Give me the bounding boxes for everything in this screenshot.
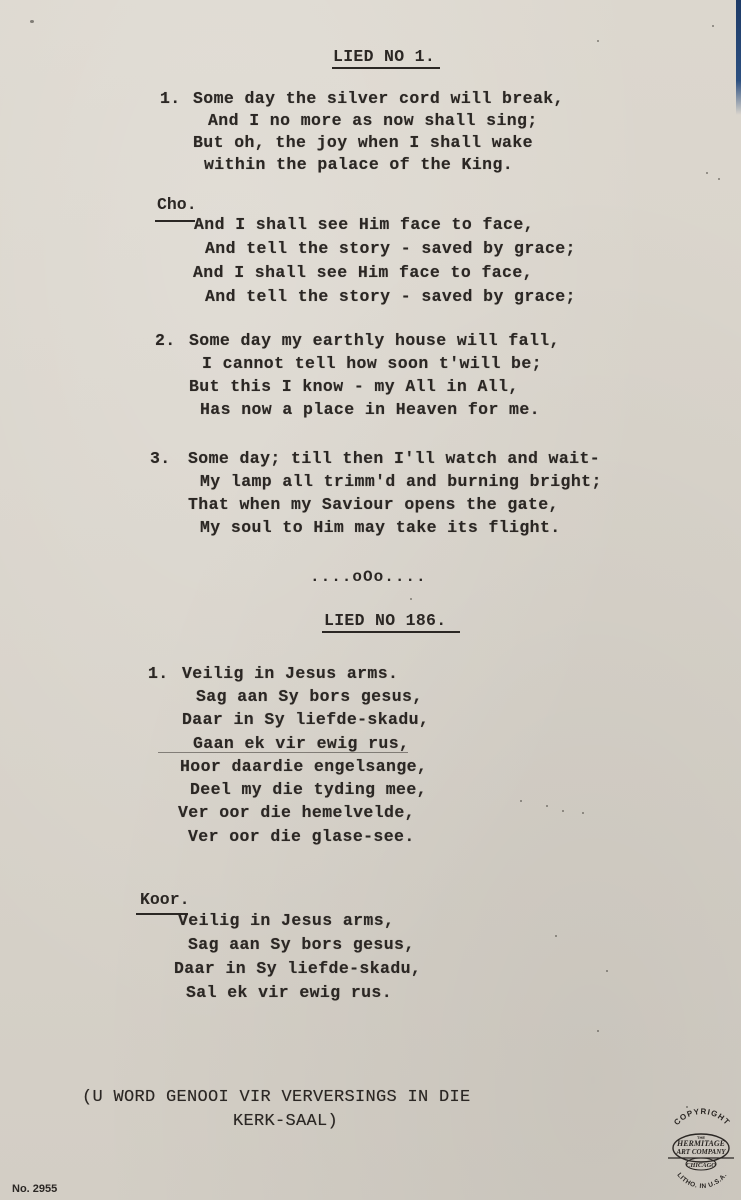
verse-line: Some day my earthly house will fall,: [189, 330, 560, 352]
section-separator: ....oOo....: [310, 568, 427, 586]
svg-text:ART COMPANY: ART COMPANY: [675, 1148, 726, 1156]
verse-line: Hoor daardie engelsange,: [180, 756, 427, 778]
paper-speck: [520, 800, 522, 802]
verse-line: Some day; till then I'll watch and wait-: [188, 448, 600, 470]
typewritten-page: LIED NO 1. 1. Some day the silver cord w…: [0, 0, 741, 1200]
paper-speck: [712, 25, 714, 27]
svg-text:HERMITAGE: HERMITAGE: [676, 1139, 725, 1148]
verse-line: Sag aan Sy bors gesus,: [196, 686, 423, 708]
paper-speck: [555, 935, 557, 937]
paper-speck: [410, 598, 412, 600]
form-number: No. 2955: [12, 1183, 57, 1195]
background-edge: [736, 0, 741, 115]
chorus-line: And tell the story - saved by grace;: [205, 286, 576, 308]
verse-line: Deel my die tyding mee,: [190, 779, 427, 801]
chorus-line: Veilig in Jesus arms,: [178, 910, 394, 932]
chorus-line: And I shall see Him face to face,: [194, 214, 534, 236]
paper-speck: [686, 1106, 688, 1108]
verse-line: And I no more as now shall sing;: [208, 110, 538, 132]
paper-speck: [597, 1030, 599, 1032]
paper-speck: [582, 812, 584, 814]
paper-speck: [706, 172, 708, 174]
chorus-line: And I shall see Him face to face,: [193, 262, 533, 284]
verse-line: Ver oor die hemelvelde,: [178, 802, 415, 824]
paper-speck: [546, 805, 548, 807]
verse-line: That when my Saviour opens the gate,: [188, 494, 559, 516]
verse-line: Ver oor die glase-see.: [188, 826, 415, 848]
verse-number: 1.: [148, 663, 169, 685]
verse-line: within the palace of the King.: [204, 154, 513, 176]
verse-line: But oh, the joy when I shall wake: [193, 132, 533, 154]
verse-line: Daar in Sy liefde-skadu,: [182, 709, 429, 731]
invitation-line-2: KERK-SAAL): [233, 1110, 338, 1134]
paper-speck: [597, 40, 599, 42]
verse-line: My soul to Him may take its flight.: [200, 517, 561, 539]
chorus-label: Koor.: [140, 889, 190, 911]
verse-line: Veilig in Jesus arms.: [182, 663, 398, 685]
verse-number: 1.: [160, 88, 181, 110]
copyright-stamp-icon: COPYRIGHT THE HERMITAGE ART COMPANY CHIC…: [660, 1108, 741, 1190]
song1-title: LIED NO 1.: [333, 46, 435, 68]
svg-text:COPYRIGHT: COPYRIGHT: [672, 1108, 732, 1127]
verse-number: 2.: [155, 330, 176, 352]
chorus-line: Sal ek vir ewig rus.: [186, 982, 392, 1004]
chorus-label-underline: [155, 220, 195, 222]
verse-line: Some day the silver cord will break,: [193, 88, 564, 110]
verse-number: 3.: [150, 448, 171, 470]
verse-line: Has now a place in Heaven for me.: [200, 399, 540, 421]
chorus-line: Daar in Sy liefde-skadu,: [174, 958, 421, 980]
svg-text:CHICAGO: CHICAGO: [686, 1162, 716, 1169]
chorus-line: And tell the story - saved by grace;: [205, 238, 576, 260]
verse-line: My lamp all trimm'd and burning bright;: [200, 471, 602, 493]
verse-line: I cannot tell how soon t'will be;: [202, 353, 542, 375]
song2-title: LIED NO 186.: [324, 610, 446, 632]
song2-title-underline: [322, 631, 460, 633]
strike-line: [158, 752, 408, 753]
paper-speck: [562, 810, 564, 812]
svg-text:LITHO. IN U.S.A.: LITHO. IN U.S.A.: [675, 1172, 728, 1190]
song1-title-underline: [332, 67, 440, 69]
verse-line: But this I know - my All in All,: [189, 376, 519, 398]
chorus-label: Cho.: [157, 194, 197, 216]
paper-speck: [718, 178, 720, 180]
invitation-line-1: (U WORD GENOOI VIR VERVERSINGS IN DIE: [82, 1086, 471, 1110]
paper-speck: [30, 20, 34, 23]
paper-speck: [606, 970, 608, 972]
chorus-line: Sag aan Sy bors gesus,: [188, 934, 415, 956]
